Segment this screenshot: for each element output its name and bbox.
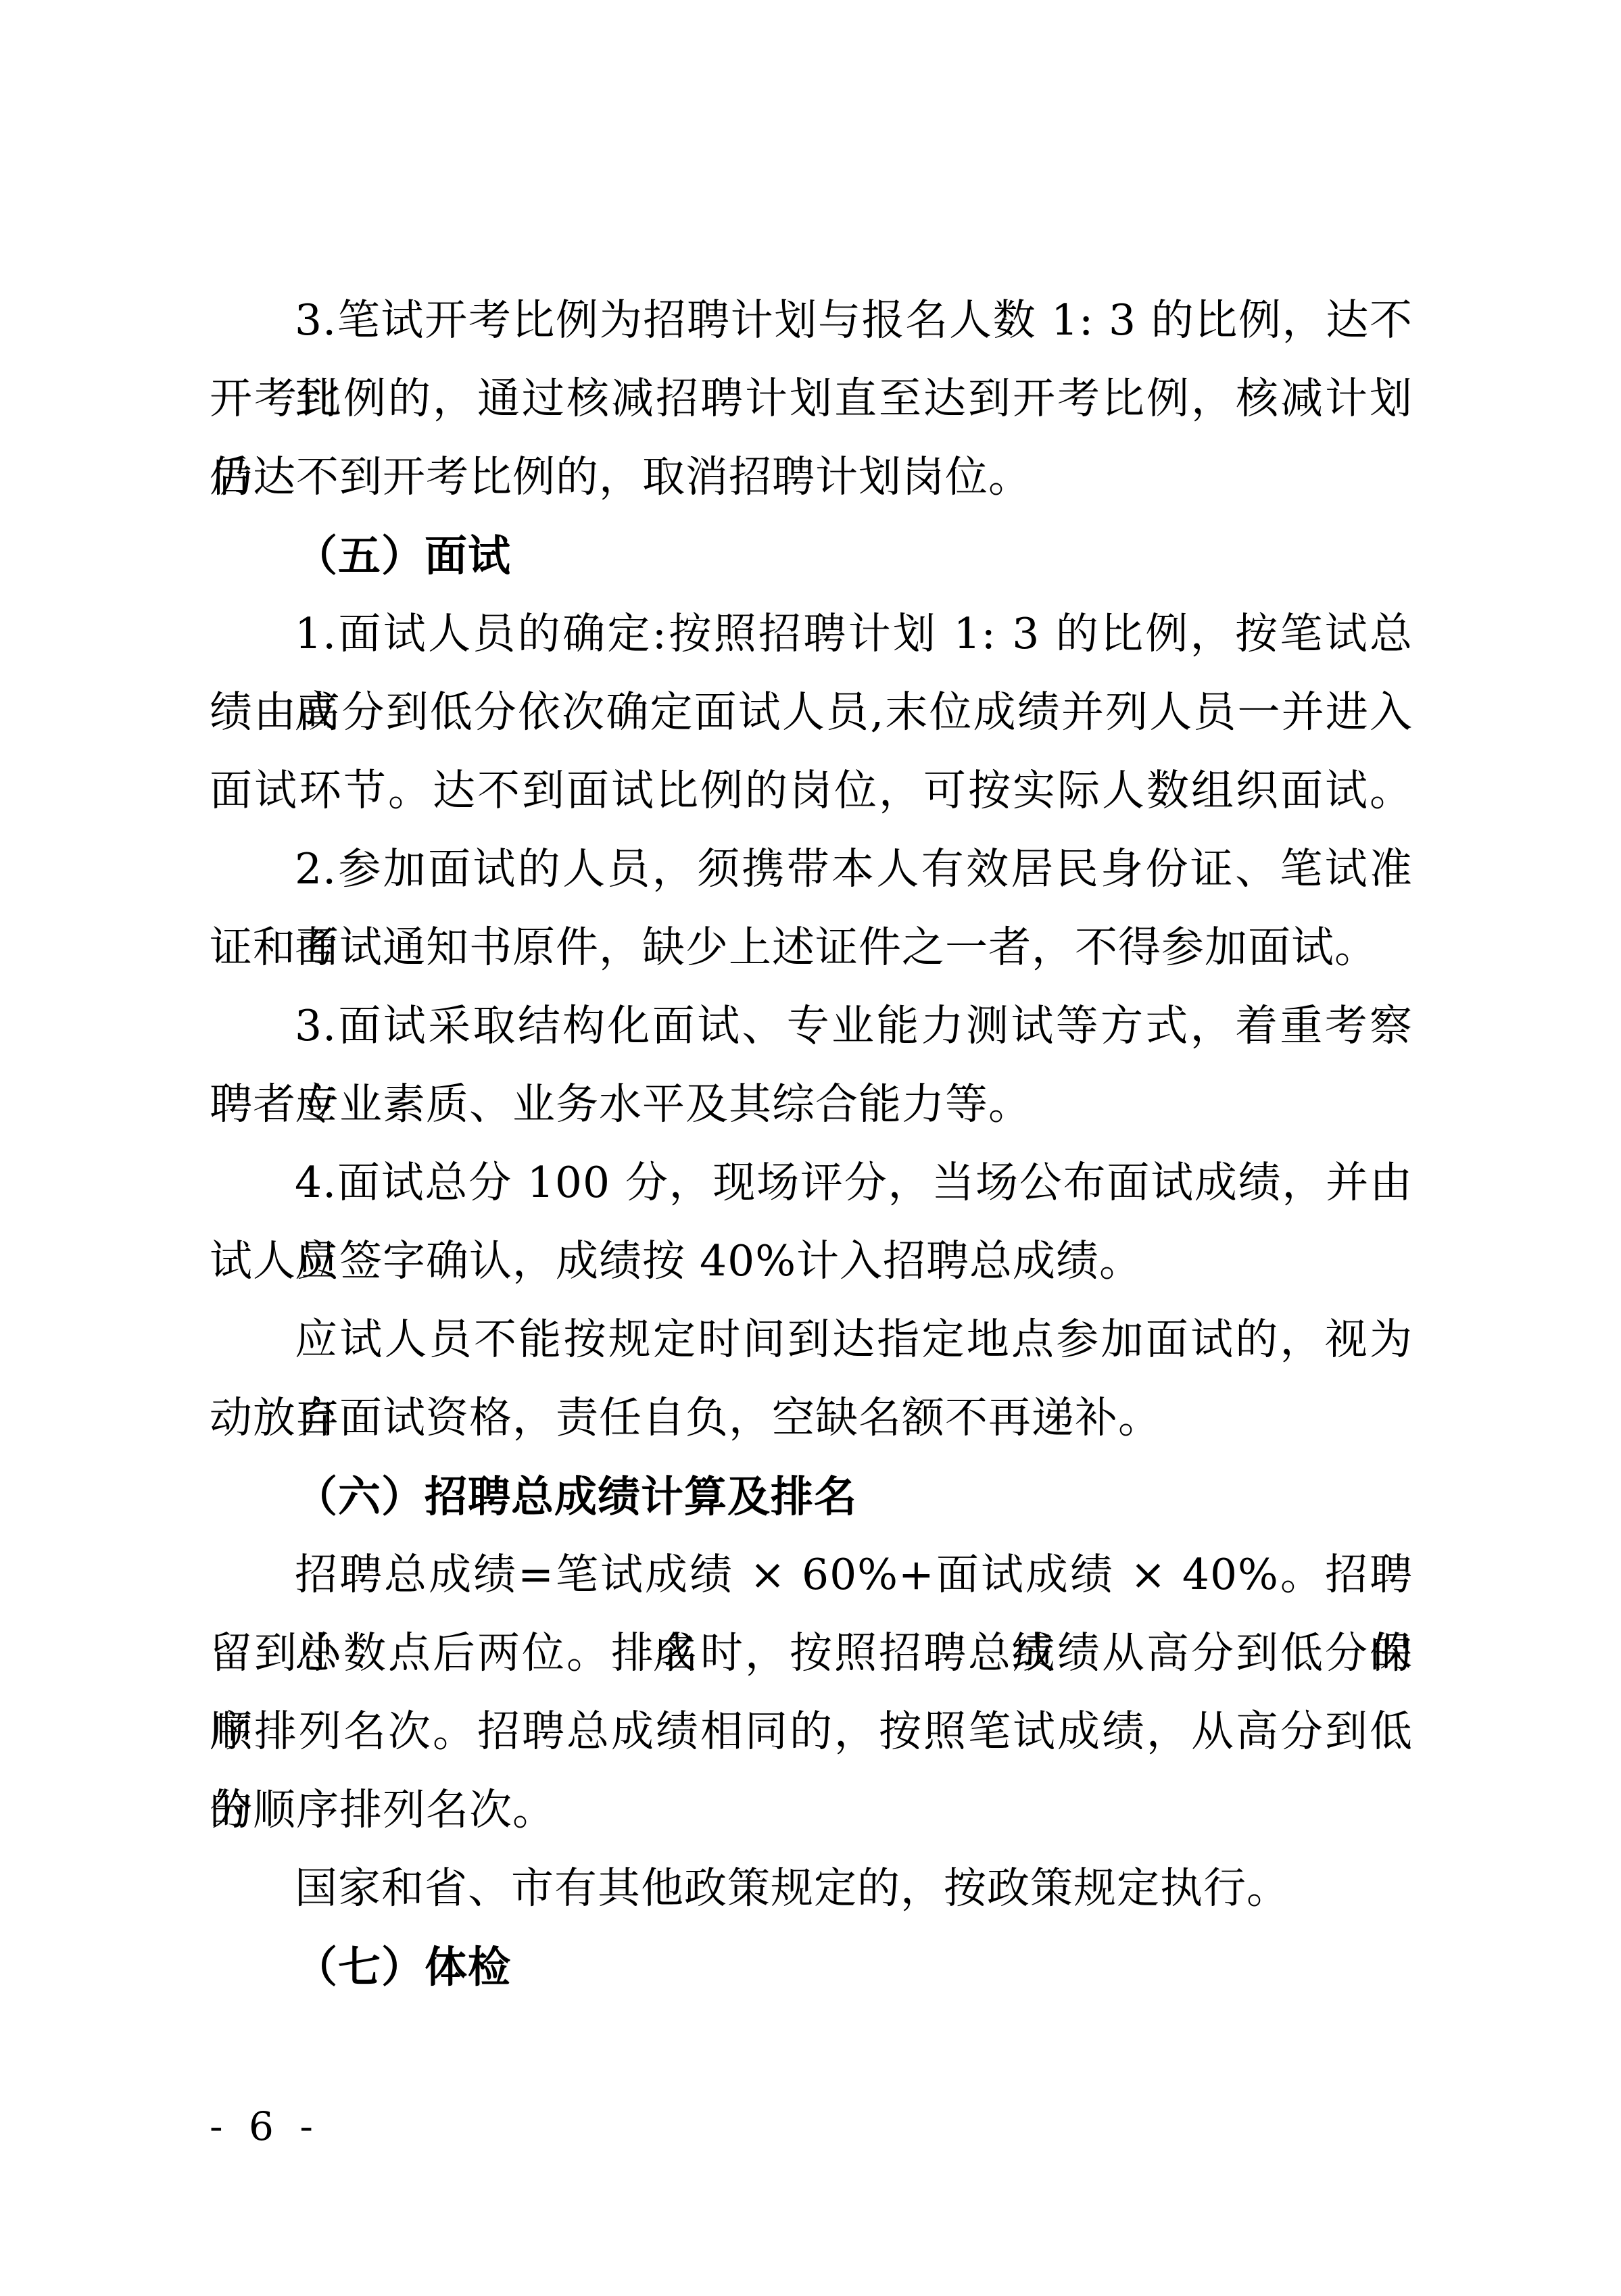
body-text-line: 的顺序排列名次。 bbox=[210, 1771, 1413, 1849]
body-text-line: 面试环节。达不到面试比例的岗位，可按实际人数组织面试。 bbox=[210, 752, 1413, 830]
body-text-line: 应试人员不能按规定时间到达指定地点参加面试的，视为自 bbox=[210, 1300, 1413, 1379]
body-text-line: 试人员签字确认，成绩按 40%计入招聘总成绩。 bbox=[210, 1222, 1413, 1300]
body-text-line: 2.参加面试的人员，须携带本人有效居民身份证、笔试准考 bbox=[210, 830, 1413, 908]
body-text-line: 开考比例的，通过核减招聘计划直至达到开考比例，核减计划后 bbox=[210, 360, 1413, 438]
body-text-line: 留到小数点后两位。排名时，按照招聘总成绩从高分到低分的顺 bbox=[210, 1614, 1413, 1692]
section-heading: （六）招聘总成绩计算及排名 bbox=[210, 1457, 1413, 1536]
body-text-line: 序排列名次。招聘总成绩相同的，按照笔试成绩，从高分到低分 bbox=[210, 1692, 1413, 1771]
body-text-line: 证和面试通知书原件，缺少上述证件之一者，不得参加面试。 bbox=[210, 908, 1413, 987]
body-text-line: 绩由高分到低分依次确定面试人员,末位成绩并列人员一并进入 bbox=[210, 673, 1413, 752]
body-text-line: 4.面试总分 100 分，现场评分，当场公布面试成绩，并由应 bbox=[210, 1144, 1413, 1222]
body-text-line: 动放弃面试资格，责任自负，空缺名额不再递补。 bbox=[210, 1379, 1413, 1457]
section-heading: （七）体检 bbox=[210, 1928, 1413, 2006]
body-text-line: 3.面试采取结构化面试、专业能力测试等方式，着重考察应 bbox=[210, 987, 1413, 1065]
body-text-line: 3.笔试开考比例为招聘计划与报名人数 1: 3 的比例，达不到 bbox=[210, 281, 1413, 360]
body-text-line: 仍达不到开考比例的，取消招聘计划岗位。 bbox=[210, 438, 1413, 516]
document-page: 3.笔试开考比例为招聘计划与报名人数 1: 3 的比例，达不到开考比例的，通过核… bbox=[0, 0, 1621, 2296]
page-number: - 6 - bbox=[210, 2099, 320, 2153]
body-text-line: 聘者专业素质、业务水平及其综合能力等。 bbox=[210, 1065, 1413, 1144]
body-text-line: 国家和省、市有其他政策规定的，按政策规定执行。 bbox=[210, 1849, 1413, 1928]
body-text-line: 1.面试人员的确定:按照招聘计划 1: 3 的比例，按笔试总成 bbox=[210, 595, 1413, 673]
document-body: 3.笔试开考比例为招聘计划与报名人数 1: 3 的比例，达不到开考比例的，通过核… bbox=[210, 281, 1413, 2006]
section-heading: （五）面试 bbox=[210, 516, 1413, 595]
body-text-line: 招聘总成绩=笔试成绩 × 60%+面试成绩 × 40%。招聘总成绩保 bbox=[210, 1536, 1413, 1614]
